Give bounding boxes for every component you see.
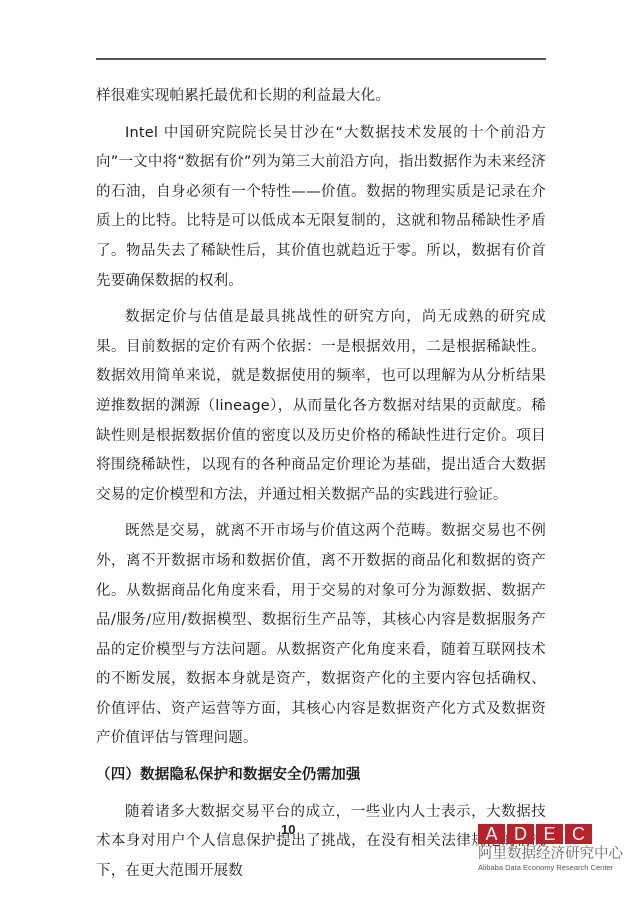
adec-logo: A D E C 阿里数据经济研究中心 Alibaba Data Economy … bbox=[478, 824, 628, 872]
logo-english-name: Alibaba Data Economy Research Center bbox=[478, 863, 628, 872]
paragraph: 样很难实现帕累托最优和长期的利益最大化。 bbox=[96, 82, 546, 112]
document-body: 样很难实现帕累托最优和长期的利益最大化。 Intel 中国研究院院长吴甘沙在“大… bbox=[96, 82, 546, 893]
logo-letter: A bbox=[478, 824, 505, 844]
paragraph: 数据定价与估值是最具挑战性的研究方向，尚无成熟的研究成果。目前数据的定价有两个依… bbox=[96, 303, 546, 510]
header-rule bbox=[96, 58, 546, 60]
paragraph: 既然是交易，就离不开市场与价值这两个范畴。数据交易也不例外，离不开数据市场和数据… bbox=[96, 517, 546, 754]
logo-letter: D bbox=[507, 824, 534, 844]
logo-letter-boxes: A D E C bbox=[478, 824, 628, 844]
section-heading: （四）数据隐私保护和数据安全仍需加强 bbox=[96, 761, 546, 791]
logo-letter: C bbox=[565, 824, 592, 844]
paragraph: Intel 中国研究院院长吴甘沙在“大数据技术发展的十个前沿方向”一文中将“数据… bbox=[96, 119, 546, 297]
logo-chinese-name: 阿里数据经济研究中心 bbox=[478, 845, 628, 863]
page-number: 10 bbox=[281, 822, 295, 837]
logo-letter: E bbox=[536, 824, 563, 844]
